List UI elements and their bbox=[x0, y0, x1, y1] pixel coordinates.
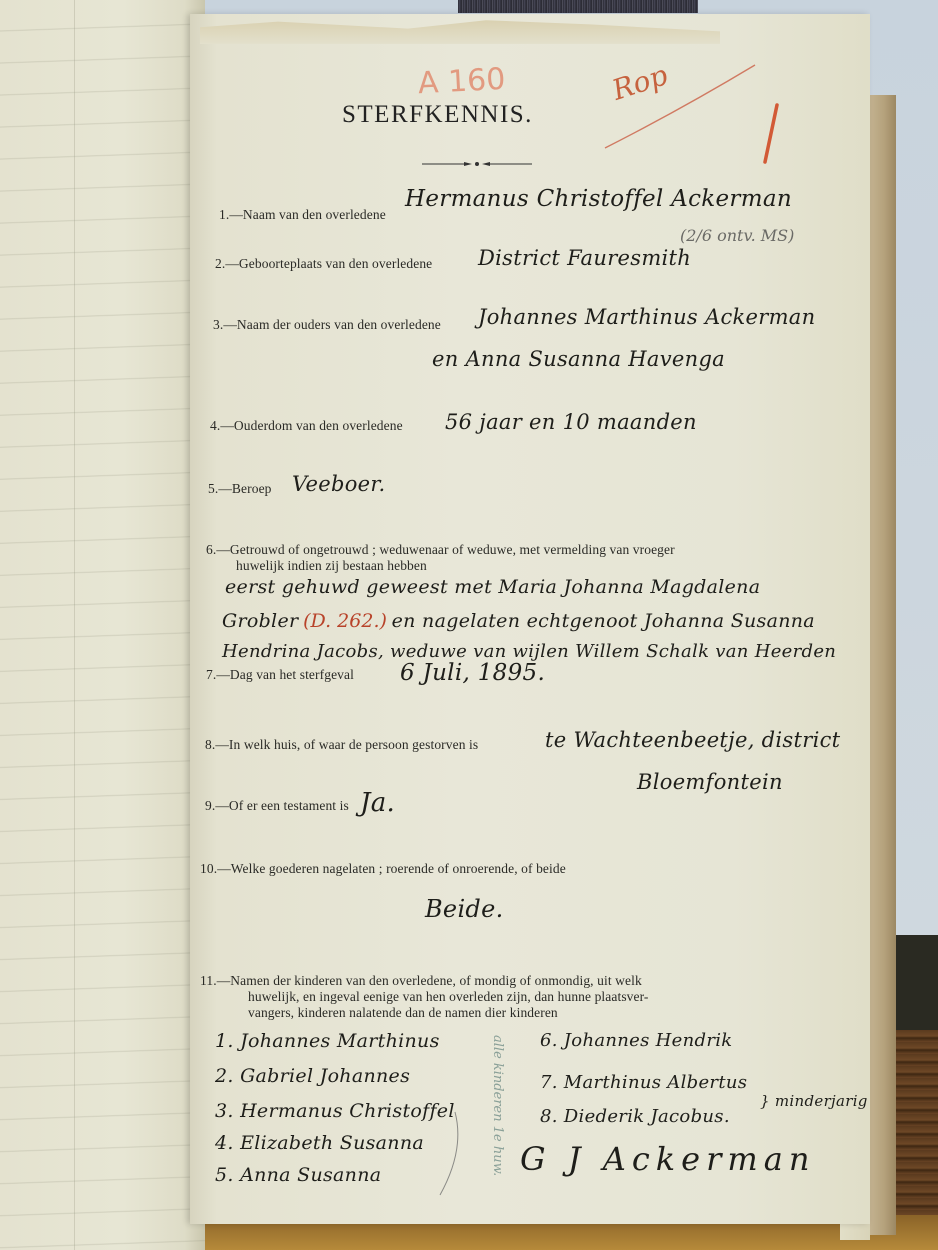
document-title: STERFKENNIS. bbox=[342, 101, 533, 129]
child-item: 5. Anna Susanna bbox=[215, 1164, 455, 1196]
field-1-note: (2/6 ontv. MS) bbox=[680, 226, 794, 245]
pencil-bracket bbox=[430, 1110, 470, 1200]
left-page-crease bbox=[74, 0, 75, 1250]
ornamental-divider bbox=[422, 160, 532, 168]
field-8-value: te Wachteenbeetje, district bbox=[545, 728, 840, 752]
field-5-number: 5. bbox=[208, 481, 218, 496]
pencil-margin-note: alle kinderen 1e huw. bbox=[490, 1035, 505, 1176]
field-5-text: —Beroep bbox=[218, 481, 271, 496]
child-item: 3. Hermanus Christoffel bbox=[215, 1100, 455, 1132]
field-6-number: 6. bbox=[206, 542, 216, 557]
field-10-text: —Welke goederen nagelaten ; roerende of … bbox=[217, 861, 566, 876]
child-item: 4. Elizabeth Susanna bbox=[215, 1132, 455, 1164]
child-item: 1. Johannes Marthinus bbox=[215, 1030, 455, 1065]
field-11-label: 11.—Namen der kinderen van den overleden… bbox=[200, 973, 642, 989]
field-4-text: —Ouderdom van den overledene bbox=[220, 418, 402, 433]
field-2-number: 2. bbox=[215, 256, 225, 271]
field-9-text: —Of er een testament is bbox=[215, 798, 349, 813]
field-8-label: 8.—In welk huis, of waar de persoon gest… bbox=[205, 737, 478, 753]
field-5-value: Veeboer. bbox=[292, 472, 385, 496]
child-item: 8. Diederik Jacobus. bbox=[540, 1106, 747, 1140]
field-10-label: 10.—Welke goederen nagelaten ; roerende … bbox=[200, 861, 566, 877]
field-3-text: —Naam der ouders van den overledene bbox=[223, 317, 441, 332]
field-11-text: —Namen der kinderen van den overledene, … bbox=[217, 973, 642, 988]
field-3-value-line2: en Anna Susanna Havenga bbox=[432, 347, 725, 371]
estate-reference-red: (D. 262.) bbox=[303, 610, 387, 632]
field-8-number: 8. bbox=[205, 737, 215, 752]
child-item: 7. Marthinus Albertus bbox=[540, 1072, 747, 1106]
field-7-text: —Dag van het sterfgeval bbox=[216, 667, 354, 682]
field-4-number: 4. bbox=[210, 418, 220, 433]
background-shadow bbox=[895, 935, 938, 1035]
children-list-right: 6. Johannes Hendrik 7. Marthinus Albertu… bbox=[540, 1030, 747, 1140]
field-6-value-line1: eerst gehuwd geweest met Maria Johanna M… bbox=[225, 576, 760, 598]
field-1-label: 1.—Naam van den overledene bbox=[219, 207, 386, 223]
field-10-number: 10. bbox=[200, 861, 217, 876]
field-7-value: 6 Juli, 1895. bbox=[400, 660, 545, 686]
field-1-text: —Naam van den overledene bbox=[229, 207, 385, 222]
red-page-number-stroke bbox=[755, 100, 785, 170]
field-11-number: 11. bbox=[200, 973, 217, 988]
field-1-number: 1. bbox=[219, 207, 229, 222]
previous-spouse-surname: Grobler bbox=[222, 610, 298, 632]
field-6-text: —Getrouwd of ongetrouwd ; weduwenaar of … bbox=[216, 542, 674, 557]
child-item: 6. Johannes Hendrik bbox=[540, 1030, 747, 1072]
field-5-label: 5.—Beroep bbox=[208, 481, 272, 497]
field-11-label-line2: huwelijk, en ingeval eenige van hen over… bbox=[248, 989, 649, 1005]
children-list-left: 1. Johannes Marthinus 2. Gabriel Johanne… bbox=[215, 1030, 455, 1196]
field-11-label-line3: vangers, kinderen nalatende dan de namen… bbox=[248, 1005, 558, 1021]
field-9-number: 9. bbox=[205, 798, 215, 813]
page-stack-edge-back bbox=[866, 95, 896, 1235]
field-2-text: —Geboorteplaats van den overledene bbox=[225, 256, 432, 271]
field-1-value: Hermanus Christoffel Ackerman bbox=[405, 186, 792, 212]
field-3-label: 3.—Naam der ouders van den overledene bbox=[213, 317, 441, 333]
field-8-value-line2: Bloemfontein bbox=[637, 770, 783, 794]
field-7-number: 7. bbox=[206, 667, 216, 682]
field-9-value: Ja. bbox=[360, 788, 395, 818]
red-underline-stroke bbox=[600, 60, 760, 150]
field-6-label-line2: huwelijk indien zij bestaan hebben bbox=[236, 558, 427, 574]
field-2-label: 2.—Geboorteplaats van den overledene bbox=[215, 256, 432, 272]
child-item: 2. Gabriel Johannes bbox=[215, 1065, 455, 1100]
field-7-label: 7.—Dag van het sterfgeval bbox=[206, 667, 354, 683]
binder-cover-edge bbox=[458, 0, 698, 13]
left-lined-page bbox=[0, 0, 205, 1250]
field-10-value: Beide. bbox=[425, 895, 504, 923]
field-8-text: —In welk huis, of waar de persoon gestor… bbox=[215, 737, 478, 752]
field-6-value-line3: Hendrina Jacobs, weduwe van wijlen Wille… bbox=[222, 641, 836, 662]
informant-signature: G J Ackerman bbox=[520, 1140, 815, 1178]
field-6-label: 6.—Getrouwd of ongetrouwd ; weduwenaar o… bbox=[206, 542, 675, 558]
field-4-value: 56 jaar en 10 maanden bbox=[445, 410, 697, 434]
field-3-number: 3. bbox=[213, 317, 223, 332]
surviving-spouse-text: en nagelaten echtgenoot Johanna Susanna bbox=[392, 610, 815, 632]
minor-children-note: } minderjarig bbox=[760, 1092, 868, 1110]
field-2-value: District Fauresmith bbox=[478, 246, 691, 270]
field-6-value-line2: Grobler (D. 262.) en nagelaten echtgenoo… bbox=[222, 610, 815, 633]
field-3-value: Johannes Marthinus Ackerman bbox=[478, 305, 815, 329]
archive-reference: A 160 bbox=[417, 62, 506, 102]
field-4-label: 4.—Ouderdom van den overledene bbox=[210, 418, 403, 434]
field-9-label: 9.—Of er een testament is bbox=[205, 798, 349, 814]
